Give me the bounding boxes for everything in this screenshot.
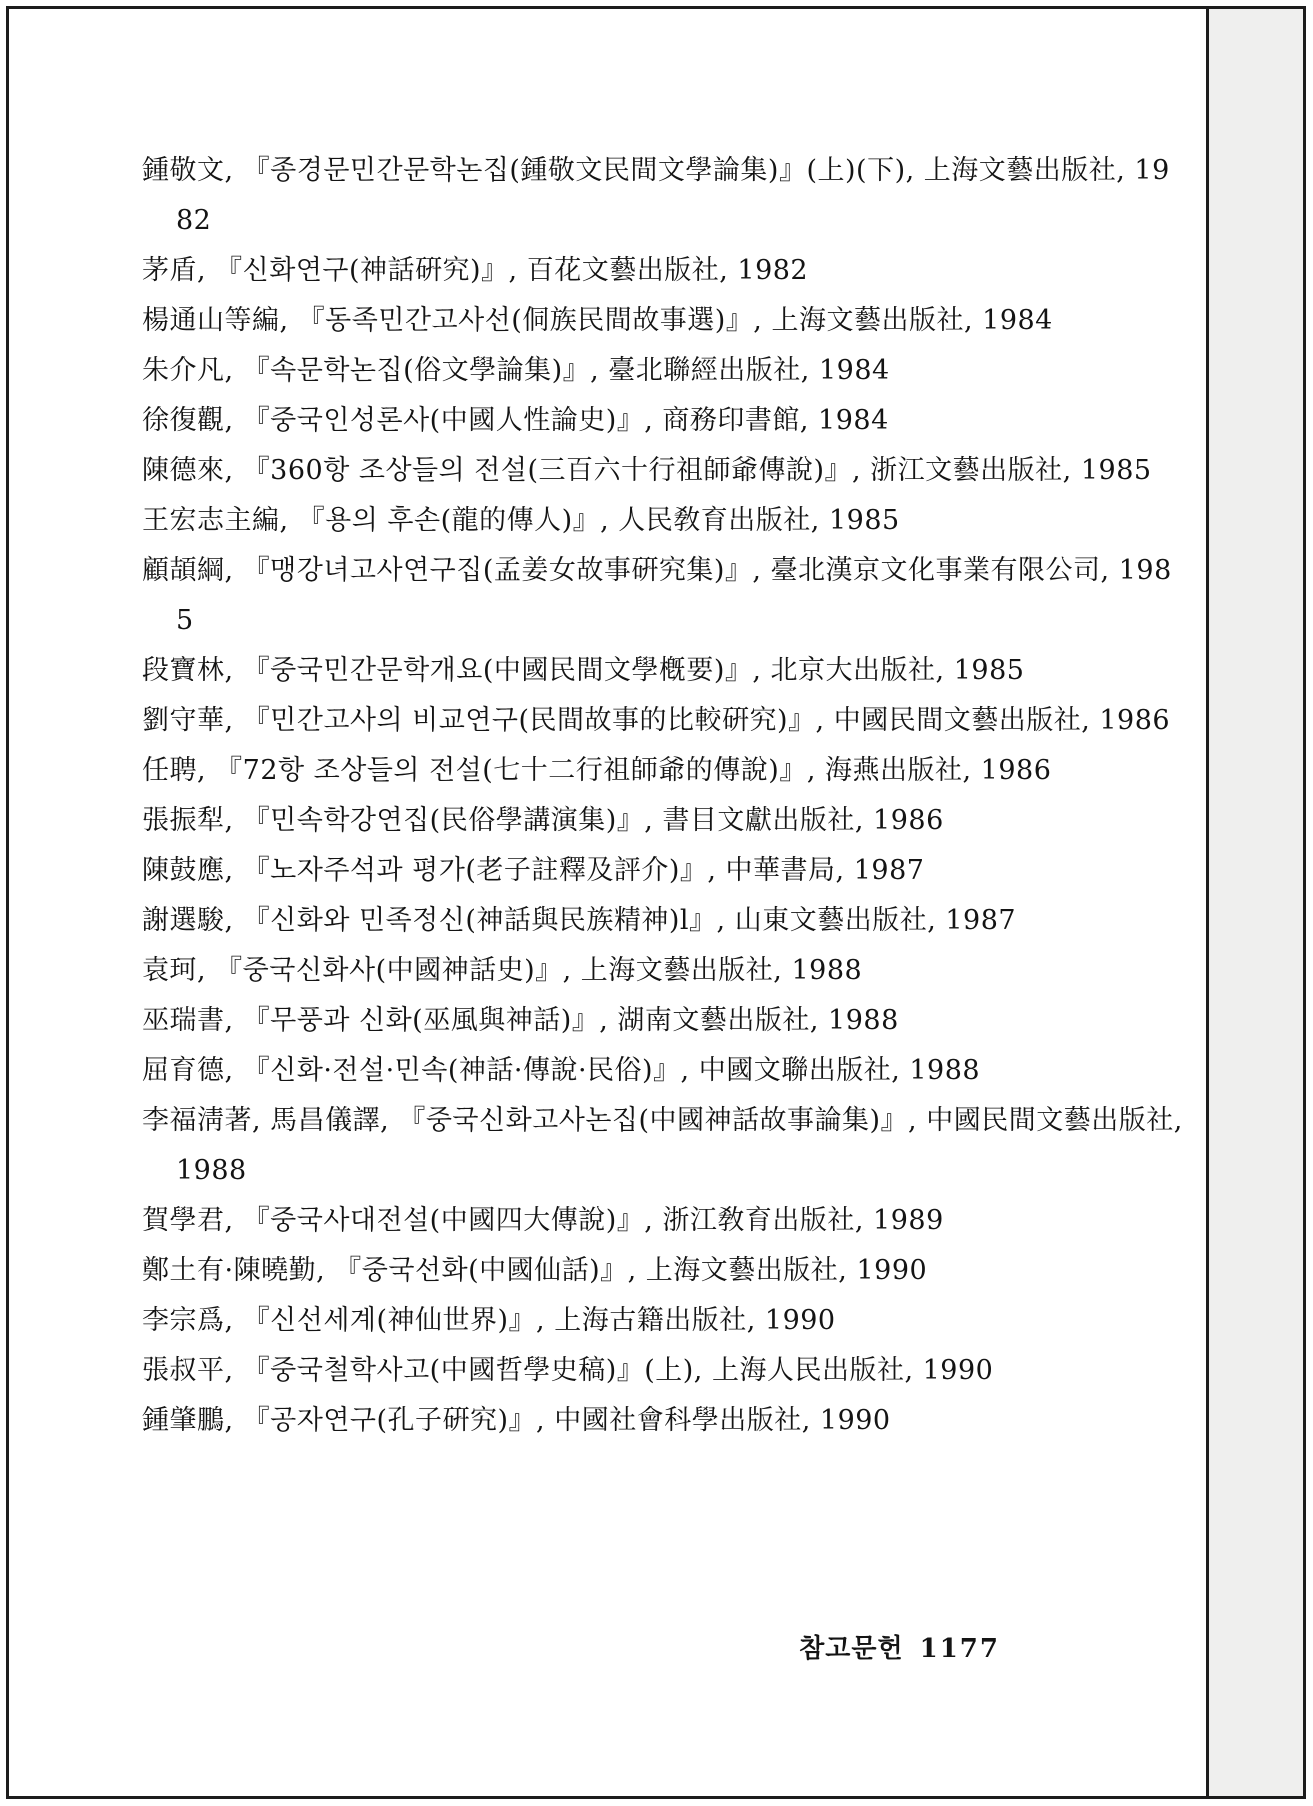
bibliography-entry: 屈育德, 『신화·전설·민속(神話·傳說·民俗)』, 中國文聯出版社, 1988 (142, 1046, 1186, 1096)
bibliography-entry: 楊通山等編, 『동족민간고사선(侗族民間故事選)』, 上海文藝出版社, 1984 (142, 296, 1186, 346)
bibliography-entry: 李宗爲, 『신선세계(神仙世界)』, 上海古籍出版社, 1990 (142, 1296, 1186, 1346)
bibliography-entry: 王宏志主編, 『용의 후손(龍的傳人)』, 人民敎育出版社, 1985 (142, 496, 1186, 546)
bibliography-entry: 劉守華, 『민간고사의 비교연구(民間故事的比較硏究)』, 中國民間文藝出版社,… (142, 696, 1186, 746)
bibliography-list: 鍾敬文, 『종경문민간문학논집(鍾敬文民間文學論集)』(上)(下), 上海文藝出… (142, 146, 1186, 1446)
bibliography-entry: 陳德來, 『360항 조상들의 전설(三百六十行祖師爺傳說)』, 浙江文藝出版社… (142, 446, 1186, 496)
bibliography-entry: 陳鼓應, 『노자주석과 평가(老子註釋及評介)』, 中華書局, 1987 (142, 846, 1186, 896)
bibliography-entry: 張叔平, 『중국철학사고(中國哲學史稿)』(上), 上海人民出版社, 1990 (142, 1346, 1186, 1396)
bibliography-entry: 朱介凡, 『속문학논집(俗文學論集)』, 臺北聯經出版社, 1984 (142, 346, 1186, 396)
bibliography-entry: 鄭土有·陳曉勤, 『중국선화(中國仙話)』, 上海文藝出版社, 1990 (142, 1246, 1186, 1296)
footer-section-label: 참고문헌 (799, 1634, 903, 1664)
bibliography-entry: 鍾敬文, 『종경문민간문학논집(鍾敬文民間文學論集)』(上)(下), 上海文藝出… (142, 146, 1186, 246)
page-footer: 참고문헌1177 (0, 1628, 1000, 1665)
scan-edge-shadow (1206, 9, 1303, 1796)
bibliography-entry: 謝選駿, 『신화와 민족정신(神話與民族精神)l』, 山東文藝出版社, 1987 (142, 896, 1186, 946)
bibliography-entry: 鍾肇鵬, 『공자연구(孔子硏究)』, 中國社會科學出版社, 1990 (142, 1396, 1186, 1446)
bibliography-entry: 李福淸著, 馬昌儀譯, 『중국신화고사논집(中國神話故事論集)』, 中國民間文藝… (142, 1096, 1186, 1196)
bibliography-entry: 任聘, 『72항 조상들의 전설(七十二行祖師爺的傳說)』, 海燕出版社, 19… (142, 746, 1186, 796)
bibliography-entry: 段寶林, 『중국민간문학개요(中國民間文學槪要)』, 北京大出版社, 1985 (142, 646, 1186, 696)
bibliography-entry: 袁珂, 『중국신화사(中國神話史)』, 上海文藝出版社, 1988 (142, 946, 1186, 996)
footer-page-number: 1177 (920, 1634, 1000, 1664)
bibliography-entry: 張振犁, 『민속학강연집(民俗學講演集)』, 書目文獻出版社, 1986 (142, 796, 1186, 846)
bibliography-entry: 茅盾, 『신화연구(神話硏究)』, 百花文藝出版社, 1982 (142, 246, 1186, 296)
bibliography-entry: 顧頡綱, 『맹강녀고사연구집(孟姜女故事硏究集)』, 臺北漢京文化事業有限公司,… (142, 546, 1186, 646)
bibliography-entry: 徐復觀, 『중국인성론사(中國人性論史)』, 商務印書館, 1984 (142, 396, 1186, 446)
bibliography-entry: 賀學君, 『중국사대전설(中國四大傳說)』, 浙江敎育出版社, 1989 (142, 1196, 1186, 1246)
bibliography-entry: 巫瑞書, 『무풍과 신화(巫風與神話)』, 湖南文藝出版社, 1988 (142, 996, 1186, 1046)
